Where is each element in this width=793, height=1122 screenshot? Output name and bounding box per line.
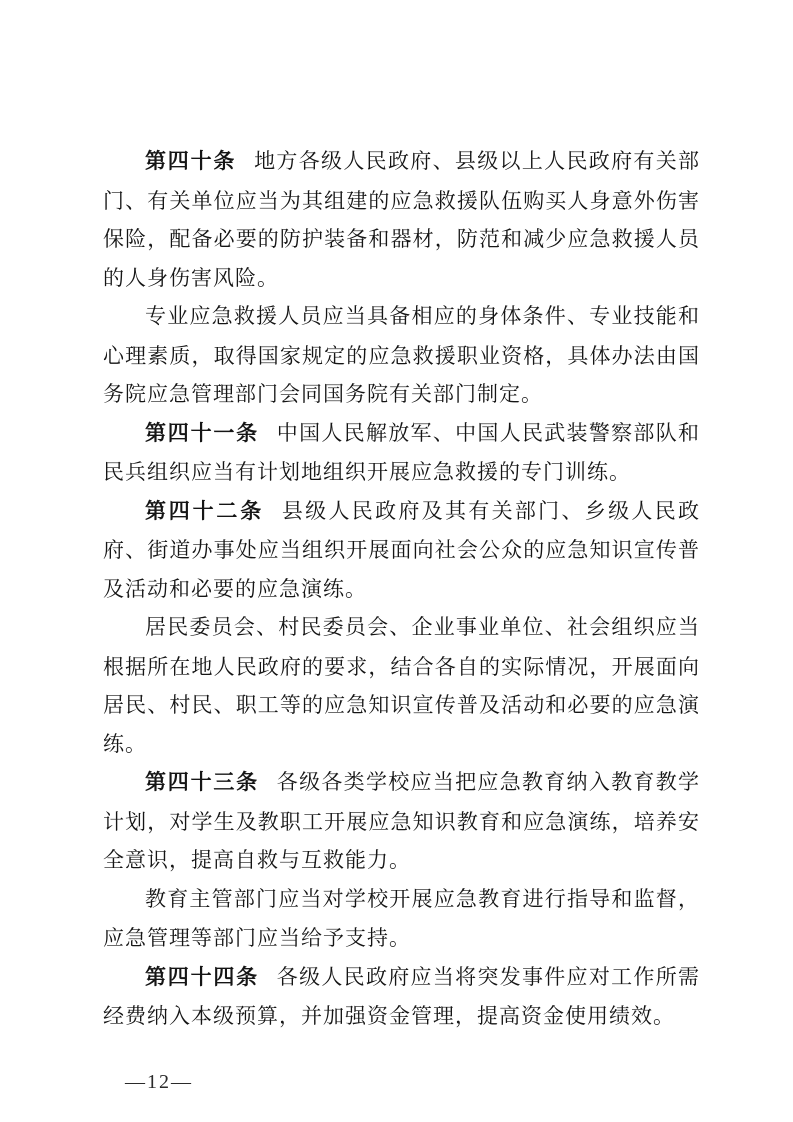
paragraph-text: 专业应急救援人员应当具备相应的身体条件、专业技能和心理素质，取得国家规定的应急救… [103, 304, 700, 406]
paragraph-article-42: 第四十二条县级人民政府及其有关部门、乡级人民政府、街道办事处应当组织开展面向社会… [103, 492, 700, 609]
paragraph-article-40: 第四十条地方各级人民政府、县级以上人民政府有关部门、有关单位应当为其组建的应急救… [103, 142, 700, 297]
article-number: 第四十三条 [145, 771, 259, 794]
paragraph-text: 教育主管部门应当对学校开展应急教育进行指导和监督，应急管理等部门应当给予支持。 [103, 887, 700, 951]
article-number: 第四十二条 [145, 500, 264, 523]
document-body: 第四十条地方各级人民政府、县级以上人民政府有关部门、有关单位应当为其组建的应急救… [103, 142, 700, 1036]
document-page: 第四十条地方各级人民政府、县级以上人民政府有关部门、有关单位应当为其组建的应急救… [0, 0, 793, 1122]
paragraph-article-41: 第四十一条中国人民解放军、中国人民武装警察部队和民兵组织应当有计划地组织开展应急… [103, 414, 700, 492]
article-number: 第四十四条 [145, 966, 259, 989]
paragraph-article-44: 第四十四条各级人民政府应当将突发事件应对工作所需经费纳入本级预算，并加强资金管理… [103, 958, 700, 1036]
article-number: 第四十一条 [145, 422, 259, 445]
article-number: 第四十条 [145, 150, 236, 173]
paragraph-article-43: 第四十三条各级各类学校应当把应急教育纳入教育教学计划，对学生及教职工开展应急知识… [103, 763, 700, 880]
paragraph: 居民委员会、村民委员会、企业事业单位、社会组织应当根据所在地人民政府的要求，结合… [103, 608, 700, 763]
page-number: —12— [125, 1071, 193, 1094]
paragraph: 教育主管部门应当对学校开展应急教育进行指导和监督，应急管理等部门应当给予支持。 [103, 880, 700, 958]
paragraph-text: 居民委员会、村民委员会、企业事业单位、社会组织应当根据所在地人民政府的要求，结合… [103, 615, 700, 756]
paragraph: 专业应急救援人员应当具备相应的身体条件、专业技能和心理素质，取得国家规定的应急救… [103, 297, 700, 414]
